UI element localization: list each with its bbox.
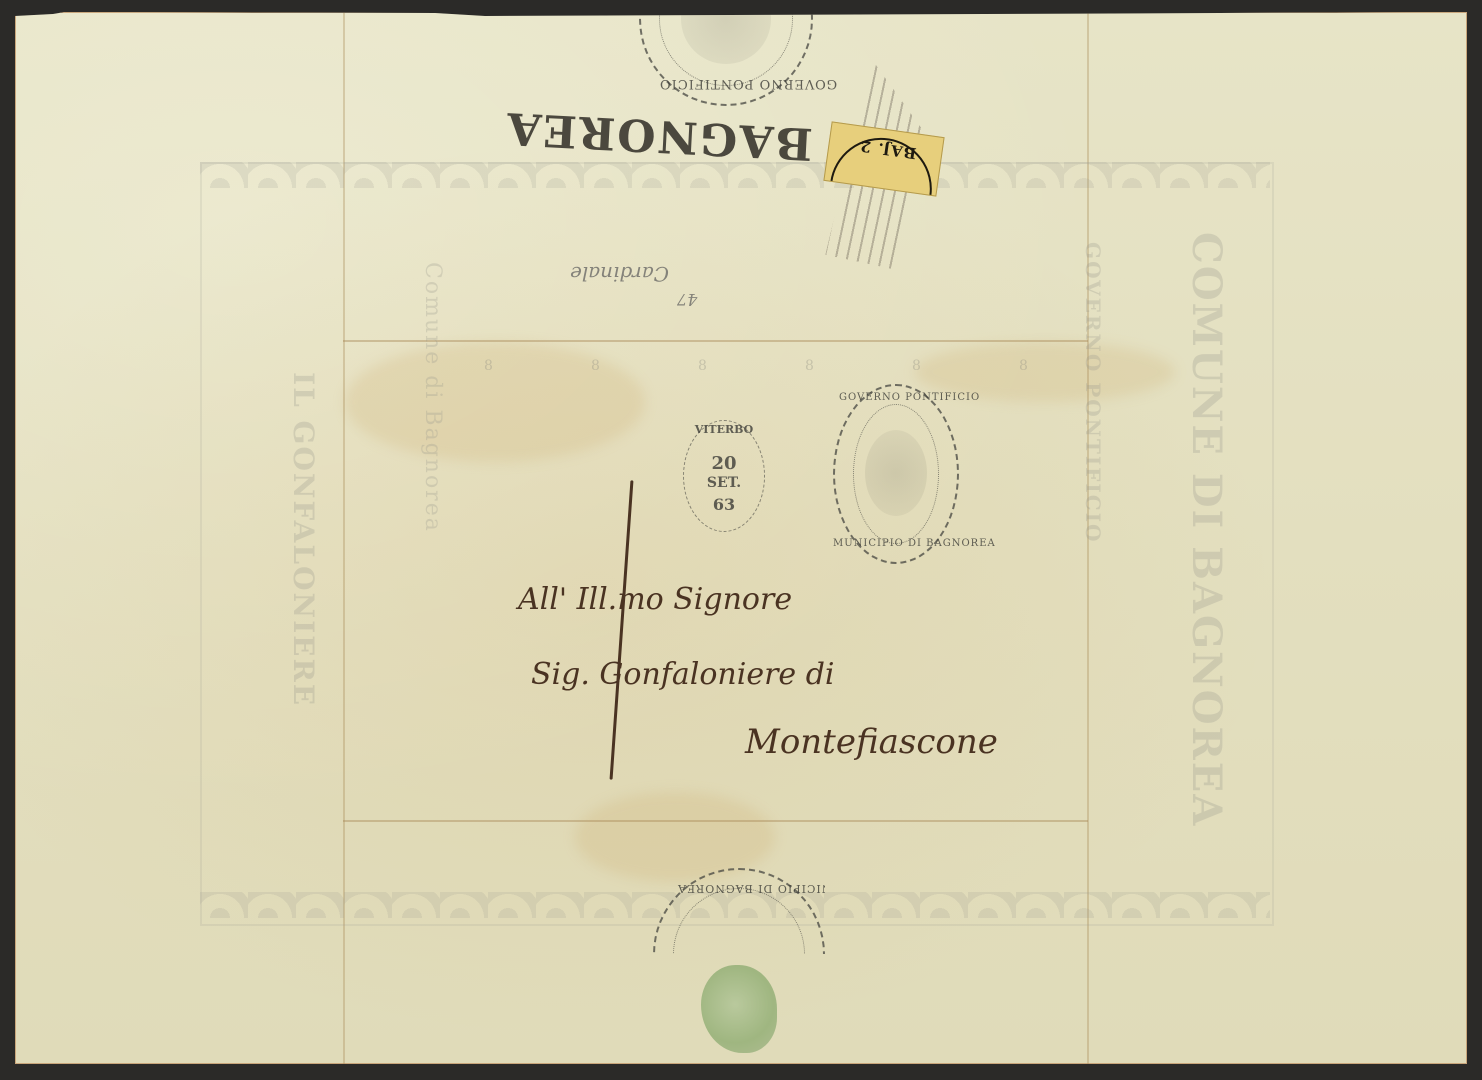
show-through-text: GOVERNO PONTIFICIO xyxy=(1081,242,1105,543)
letter-sheet: IL GONFALONIERE Comune di Bagnorea COMUN… xyxy=(15,12,1467,1064)
coat-of-arms-icon xyxy=(681,0,771,64)
datestamp: VITERBO 20 SET. 63 xyxy=(683,420,765,532)
show-through-text: COMUNE DI BAGNOREA xyxy=(1183,232,1230,827)
town-cancel: BAGNOREA xyxy=(504,102,814,169)
show-through-border xyxy=(200,162,1274,926)
show-through-text: IL GONFALONIERE xyxy=(287,372,320,707)
pencil-note: Cardinale xyxy=(570,262,669,286)
show-through-frieze xyxy=(200,162,1270,188)
top-seal-stamp: GOVERNO PONTIFICIO xyxy=(639,0,813,106)
pencil-note: 47 xyxy=(677,290,697,309)
address-line-2: Sig. Gonfaloniere di xyxy=(531,657,835,692)
municipal-seal-stamp: GOVERNO PONTIFICIO MUNICIPIO DI BAGNOREA xyxy=(833,384,959,564)
show-through-text: Comune di Bagnorea xyxy=(420,262,445,533)
address-line-1: All' Ill.mo Signore xyxy=(518,582,792,617)
coat-of-arms-icon xyxy=(865,430,927,516)
wax-seal-remnant xyxy=(701,965,777,1053)
address-line-3: Montefiascone xyxy=(745,722,998,762)
show-through-dots: 888888 xyxy=(435,358,1077,374)
